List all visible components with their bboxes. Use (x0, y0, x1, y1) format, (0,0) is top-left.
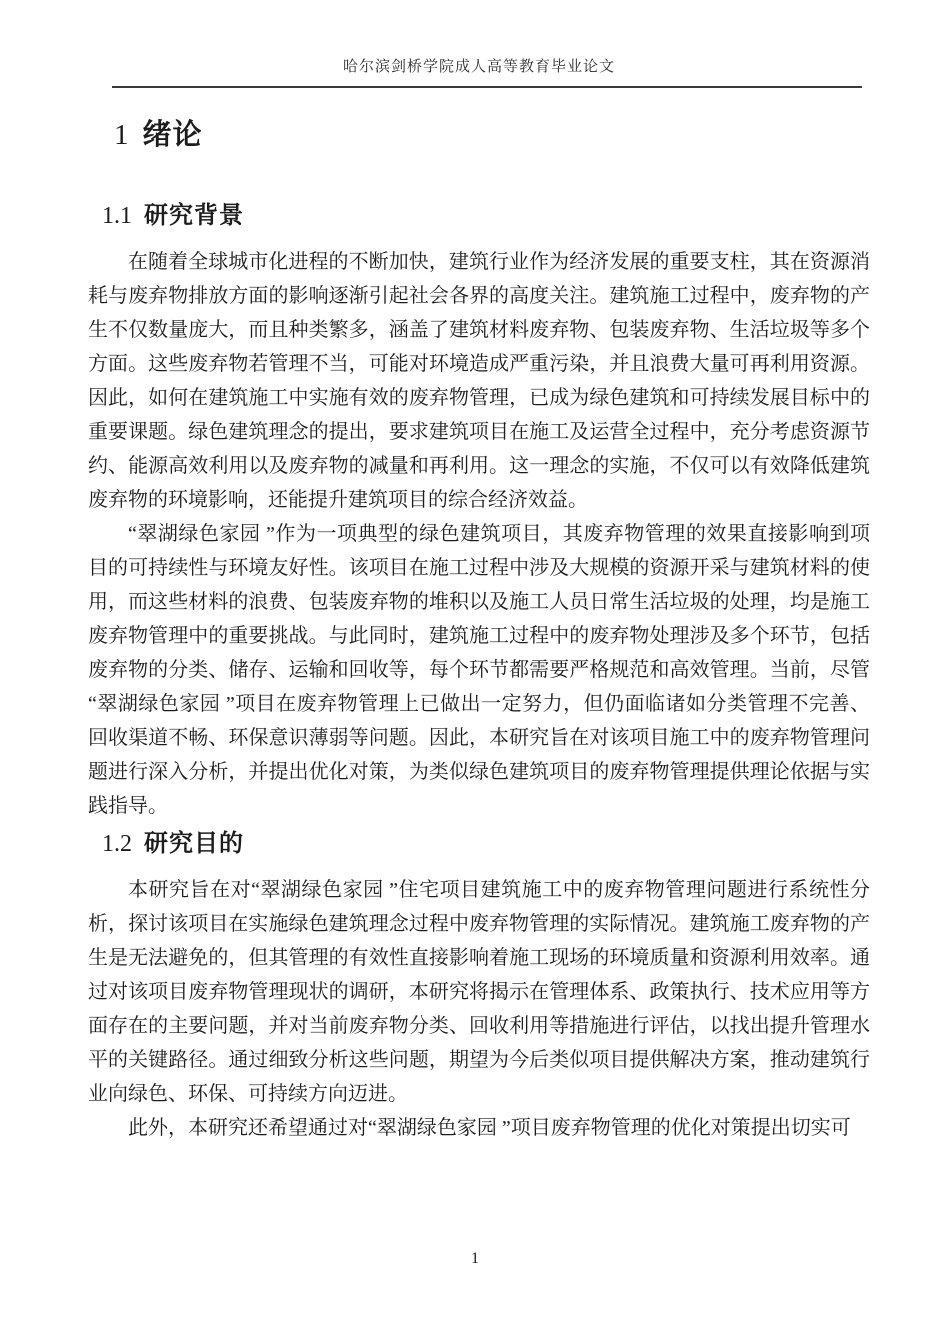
running-header: 哈尔滨剑桥学院成人高等教育毕业论文 (88, 0, 870, 88)
running-header-title: 哈尔滨剑桥学院成人高等教育毕业论文 (88, 57, 870, 77)
section-title: 研究背景 (144, 202, 244, 229)
section-research-background: 1.1研究背景 在随着全球城市化进程的不断加快，建筑行业作为经济发展的重要支柱，… (88, 200, 870, 823)
section-number: 1.1 (102, 203, 132, 229)
paragraph-purpose-2: 此外，本研究还希望通过对“翠湖绿色家园 ”项目废弃物管理的优化对策提出切实可 (88, 1111, 870, 1145)
paragraph-background-2: “翠湖绿色家园 ”作为一项典型的绿色建筑项目，其废弃物管理的效果直接影响到项 目… (88, 517, 870, 823)
section-research-purpose: 1.2研究目的 本研究旨在对“翠湖绿色家园 ”住宅项目建筑施工中的废弃物管理问题… (88, 828, 870, 1145)
section-number: 1.2 (102, 831, 132, 857)
section-heading-1-1: 1.1研究背景 (102, 200, 870, 232)
paragraph-purpose-1: 本研究旨在对“翠湖绿色家园 ”住宅项目建筑施工中的废弃物管理问题进行系统性分 析… (88, 873, 870, 1111)
header-rule (112, 86, 862, 88)
document-page: 哈尔滨剑桥学院成人高等教育毕业论文 1绪论 1.1研究背景 在随着全球城市化进程… (0, 0, 950, 1344)
chapter-number: 1 (114, 119, 129, 151)
document-body: 1绪论 1.1研究背景 在随着全球城市化进程的不断加快，建筑行业作为经济发展的重… (88, 116, 870, 1145)
page-number: 1 (0, 1250, 950, 1268)
page-footer: 1 (0, 1250, 950, 1268)
chapter-title: 绪论 (143, 119, 203, 151)
section-heading-1-2: 1.2研究目的 (102, 828, 870, 860)
section-title: 研究目的 (144, 830, 244, 857)
paragraph-background-1: 在随着全球城市化进程的不断加快，建筑行业作为经济发展的重要支柱，其在资源消耗与废… (88, 245, 870, 517)
chapter-heading: 1绪论 (114, 116, 870, 154)
